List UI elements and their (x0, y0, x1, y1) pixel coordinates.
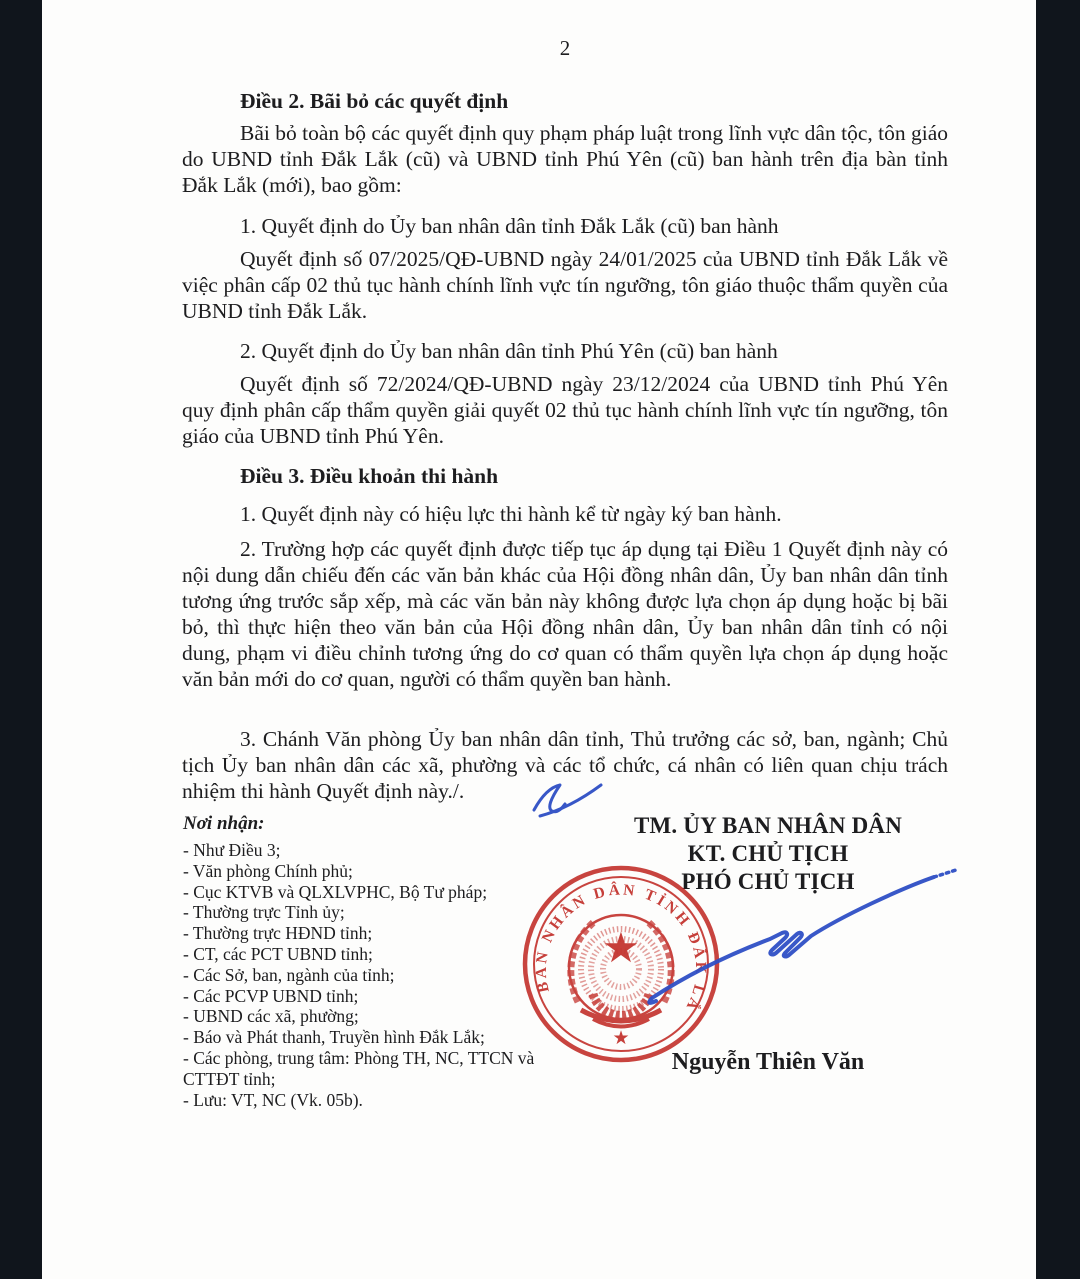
article2-item2-title: 2. Quyết định do Ủy ban nhân dân tỉnh Ph… (182, 338, 948, 364)
article2-item2-body: Quyết định số 72/2024/QĐ-UBND ngày 23/12… (182, 371, 948, 449)
article2-heading: Điều 2. Bãi bỏ các quyết định (182, 88, 948, 114)
page-number: 2 (182, 36, 948, 61)
recipient-item: - Lưu: VT, NC (Vk. 05b). (183, 1090, 583, 1111)
article2-item1-body: Quyết định số 07/2025/QĐ-UBND ngày 24/01… (182, 246, 948, 324)
recipients-label: Nơi nhận: (183, 813, 264, 835)
article2-intro: Bãi bỏ toàn bộ các quyết định quy phạm p… (182, 120, 948, 198)
handwritten-signature (470, 770, 990, 1040)
article3-heading: Điều 3. Điều khoản thi hành (182, 463, 948, 489)
document-page: 2 Điều 2. Bãi bỏ các quyết định Bãi bỏ t… (42, 0, 1036, 1279)
article3-item1: 1. Quyết định này có hiệu lực thi hành k… (182, 501, 948, 527)
article3-item2: 2. Trường hợp các quyết định được tiếp t… (182, 536, 948, 692)
scanned-document-viewer: 2 Điều 2. Bãi bỏ các quyết định Bãi bỏ t… (0, 0, 1080, 1279)
article2-item1-title: 1. Quyết định do Ủy ban nhân dân tỉnh Đắ… (182, 213, 948, 239)
signature-stroke-icon (470, 770, 990, 1040)
